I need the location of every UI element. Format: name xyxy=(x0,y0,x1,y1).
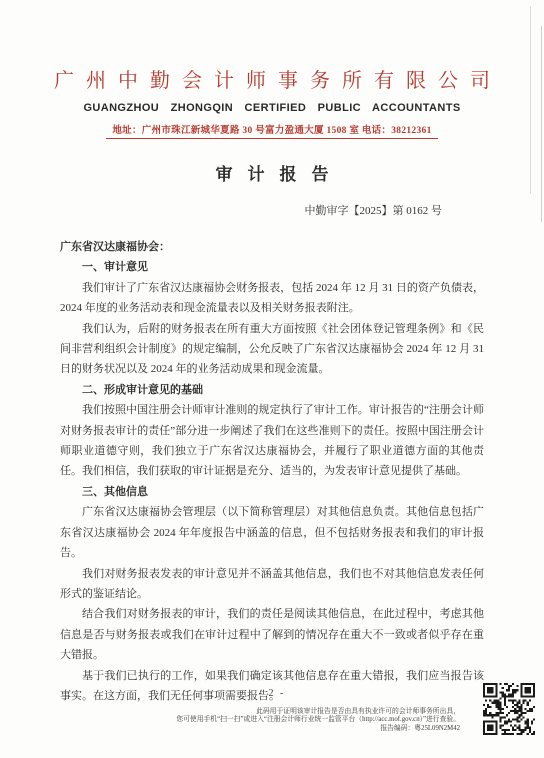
company-name-english: GUANGZHOU ZHONGQIN CERTIFIED PUBLIC ACCO… xyxy=(0,102,544,114)
report-title: 审计报告 xyxy=(0,160,544,185)
document-number: 中勤审字【2025】第 0162 号 xyxy=(0,202,544,218)
report-paragraph: 我们审计了广东省汉达康福协会财务报表，包括 2024 年 12 月 31 日的资… xyxy=(60,278,484,319)
report-paragraph: 我们按照中国注册会计师审计准则的规定执行了审计工作。审计报告的“注册会计师对财务… xyxy=(60,400,484,482)
scan-artifact-line xyxy=(541,26,542,222)
address-phone-line: 地址：广州市珠江新城华夏路 30 号富力盈通大厦 1508 室 电话：38212… xyxy=(106,122,437,139)
report-paragraph: 结合我们对财务报表的审计，我们的责任是阅读其他信息，在此过程中，考虑其他信息是否… xyxy=(60,604,484,665)
report-body: 广东省汉达康福协会： 一、审计意见 我们审计了广东省汉达康福协会财务报表，包括 … xyxy=(0,218,544,706)
section-heading: 一、审计意见 xyxy=(60,257,484,277)
audit-report-page: 广州中勤会计师事务所有限公司 GUANGZHOU ZHONGQIN CERTIF… xyxy=(0,0,544,758)
verification-note: 此码用于证明该审计报告是否由具有执业许可的会计师事务所出具， 您可使用手机“扫一… xyxy=(176,708,460,733)
section-heading: 二、形成审计意见的基础 xyxy=(60,380,484,400)
report-paragraph: 广东省汉达康福协会管理层（以下简称管理层）对其他信息负责。其他信息包括广东省汉达… xyxy=(60,502,484,563)
verification-note-line: 您可使用手机“扫一扫”或进入“注册会计师行业统一监管平台（http://acc.… xyxy=(176,716,460,724)
addressee-salutation: 广东省汉达康福协会： xyxy=(60,237,484,257)
section-heading: 三、其他信息 xyxy=(60,482,484,502)
verification-report-code: 报告编码：粤25L09N2M42 xyxy=(176,725,460,733)
report-paragraph: 我们对财务报表发表的审计意见并不涵盖其他信息，我们也不对其他信息发表任何形式的鉴… xyxy=(60,564,484,605)
report-paragraph: 我们认为，后附的财务报表在所有重大方面按照《社会团体登记管理条例》和《民间非营利… xyxy=(60,319,484,380)
letterhead: 广州中勤会计师事务所有限公司 GUANGZHOU ZHONGQIN CERTIF… xyxy=(0,0,544,139)
report-paragraph: 基于我们已执行的工作，如果我们确定该其他信息存在重大错报，我们应当报告该事实。在… xyxy=(60,666,484,707)
verification-qr-code xyxy=(483,682,535,736)
scan-artifact-line xyxy=(530,6,531,194)
company-name-chinese: 广州中勤会计师事务所有限公司 xyxy=(0,64,544,93)
page-number: - 2 - xyxy=(0,688,544,699)
